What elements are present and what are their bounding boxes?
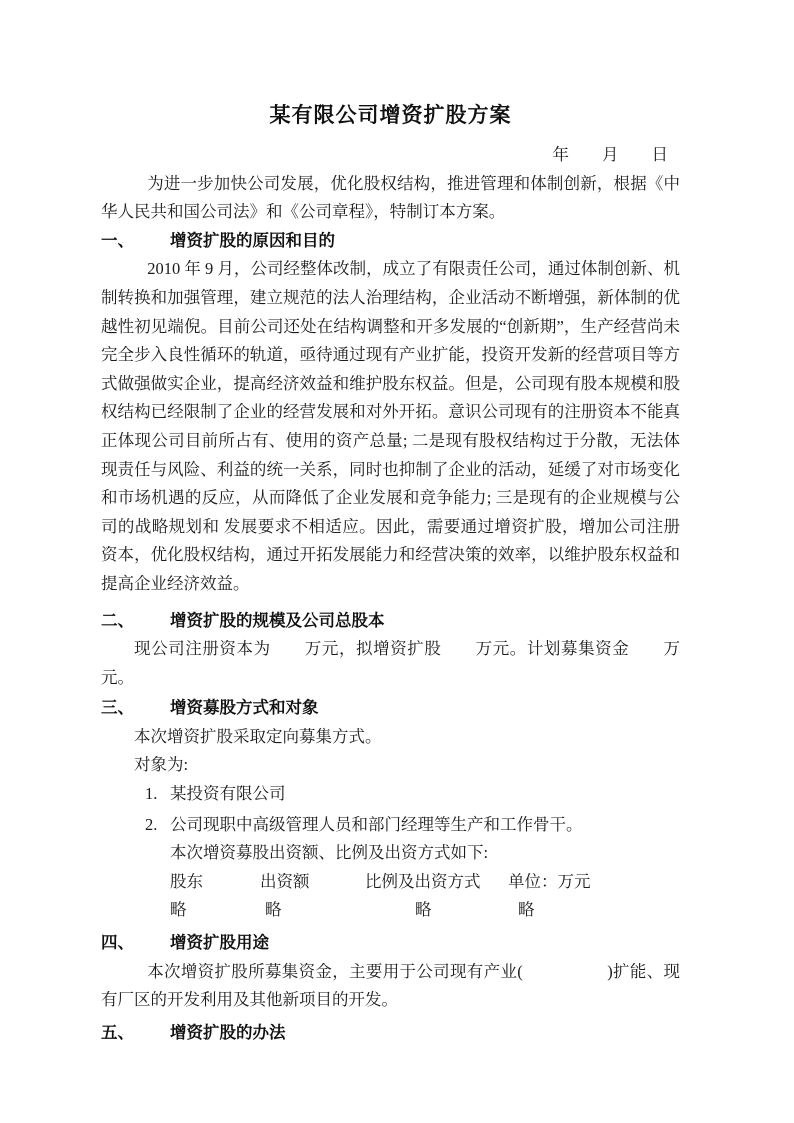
section-5-heading: 五、 增资扩股的办法 <box>101 1019 680 1048</box>
section-4-heading: 四、 增资扩股用途 <box>101 929 680 958</box>
section-1-title: 增资扩股的原因和目的 <box>170 227 335 256</box>
document-page: 某有限公司增资扩股方案 年 月 日 为进一步加快公司发展，优化股权结构，推进管理… <box>0 0 794 1123</box>
header-contribution-amount: 出资额 <box>260 868 310 897</box>
list-item-text: 公司现职中高级管理人员和部门经理等生产和工作骨干。 <box>170 811 583 840</box>
section-3-body: 本次增资扩股采取定向募集方式。 <box>101 723 680 752</box>
list-item-text: 某投资有限公司 <box>170 780 286 809</box>
section-1-body: 2010 年 9 月，公司经整体改制，成立了有限责任公司，通过体制创新、机制转换… <box>101 255 680 598</box>
cell-contribution-amount: 略 <box>265 896 282 925</box>
header-shareholder: 股东 <box>170 868 203 897</box>
cell-ratio-and-method: 略 <box>415 896 432 925</box>
section-3-heading: 三、 增资募股方式和对象 <box>101 694 680 723</box>
intro-paragraph: 为进一步加快公司发展，优化股权结构，推进管理和体制创新，根据《中华人民共和国公司… <box>101 170 680 227</box>
document-title: 某有限公司增资扩股方案 <box>101 100 680 131</box>
section-2-body: 现公司注册资本为 万元，拟增资扩股 万元。计划募集资金 万元。 <box>101 635 680 692</box>
list-item-staff: 2. 公司现职中高级管理人员和部门经理等生产和工作骨干。 <box>145 811 680 840</box>
section-5-title: 增资扩股的办法 <box>170 1019 286 1048</box>
section-1-heading: 一、 增资扩股的原因和目的 <box>101 227 680 256</box>
list-item-investor: 1. 某投资有限公司 <box>145 780 680 809</box>
section-4-title: 增资扩股用途 <box>170 929 269 958</box>
cell-shareholder: 略 <box>170 896 187 925</box>
list-item-number: 2. <box>145 811 170 840</box>
section-1-number: 一、 <box>101 227 170 256</box>
share-table-value-row: 略 略 略 略 <box>101 896 680 925</box>
header-ratio-and-method: 比例及出资方式 <box>365 868 481 897</box>
cell-unit: 略 <box>518 896 535 925</box>
section-5-number: 五、 <box>101 1019 170 1048</box>
share-table-header-row: 股东 出资额 比例及出资方式 单位：万元 <box>101 868 680 897</box>
document-content: 某有限公司增资扩股方案 年 月 日 为进一步加快公司发展，优化股权结构，推进管理… <box>101 0 680 1047</box>
section-2-title: 增资扩股的规模及公司总股本 <box>170 607 385 636</box>
section-3-title: 增资募股方式和对象 <box>170 694 319 723</box>
list-item-number: 1. <box>145 780 170 809</box>
section-2-number: 二、 <box>101 607 170 636</box>
target-label: 对象为: <box>101 751 680 780</box>
section-4-body: 本次增资扩股所募集资金，主要用于公司现有产业( )扩能、现有厂区的开发利用及其他… <box>101 958 680 1015</box>
date-line: 年 月 日 <box>101 141 680 170</box>
header-unit: 单位：万元 <box>508 868 591 897</box>
section-2-heading: 二、 增资扩股的规模及公司总股本 <box>101 607 680 636</box>
table-intro: 本次增资募股出资额、比例及出资方式如下: <box>101 839 680 868</box>
section-3-number: 三、 <box>101 694 170 723</box>
section-4-number: 四、 <box>101 929 170 958</box>
